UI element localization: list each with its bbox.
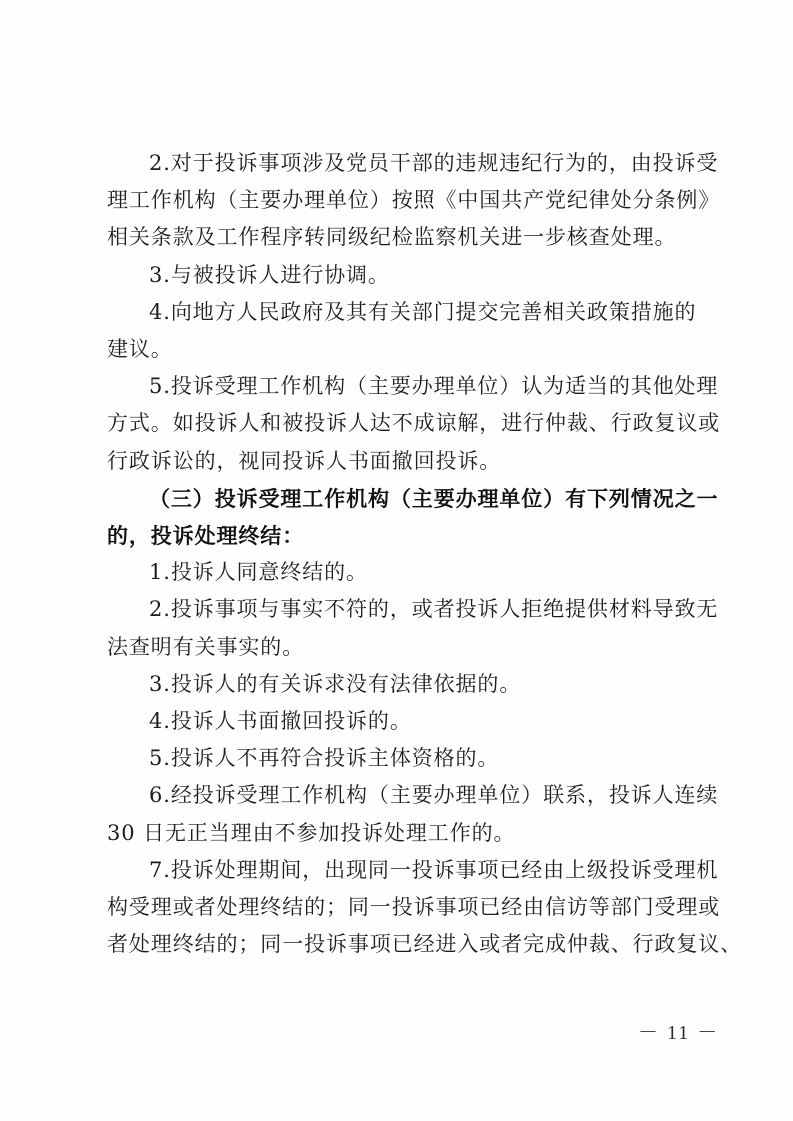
section-heading-3: （三）投诉受理工作机构（主要办理单位）有下列情况之一 的，投诉处理终结： (107, 480, 694, 554)
paragraph-item-5: 5.投诉受理工作机构（主要办理单位）认为适当的其他处理 方式。如投诉人和被投诉人… (107, 368, 694, 480)
paragraph-term-7: 7.投诉处理期间，出现同一投诉事项已经由上级投诉受理机 构受理或者处理终结的；同… (107, 852, 694, 964)
paragraph-item-4: 4.向地方人民政府及其有关部门提交完善相关政策措施的 建议。 (107, 294, 694, 368)
paragraph-term-3: 3.投诉人的有关诉求没有法律依据的。 (107, 666, 694, 703)
paragraph-item-3: 3.与被投诉人进行协调。 (107, 257, 694, 294)
paragraph-term-6: 6.经投诉受理工作机构（主要办理单位）联系，投诉人连续 30 日无正当理由不参加… (107, 777, 694, 851)
paragraph-term-1: 1.投诉人同意终结的。 (107, 554, 694, 591)
text-line: 相关条款及工作程序转同级纪检监察机关进一步核查处理。 (107, 219, 694, 256)
paragraph-term-4: 4.投诉人书面撤回投诉的。 (107, 703, 694, 740)
paragraph-term-5: 5.投诉人不再符合投诉主体资格的。 (107, 740, 694, 777)
text-line: 5.投诉人不再符合投诉主体资格的。 (107, 740, 694, 777)
text-line: 3.投诉人的有关诉求没有法律依据的。 (107, 666, 694, 703)
text-line: 6.经投诉受理工作机构（主要办理单位）联系，投诉人连续 (107, 777, 694, 814)
text-line: 4.投诉人书面撤回投诉的。 (107, 703, 694, 740)
page-number: － 11 － (638, 1016, 719, 1045)
text-line: 者处理终结的；同一投诉事项已经进入或者完成仲裁、行政复议、 (107, 926, 694, 963)
text-line: 7.投诉处理期间，出现同一投诉事项已经由上级投诉受理机 (107, 852, 694, 889)
text-line: 2.对于投诉事项涉及党员干部的违规违纪行为的，由投诉受 (107, 145, 694, 182)
heading-line: （三）投诉受理工作机构（主要办理单位）有下列情况之一 (107, 480, 694, 517)
text-line: 行政诉讼的，视同投诉人书面撤回投诉。 (107, 443, 694, 480)
text-line: 构受理或者处理终结的；同一投诉事项已经由信访等部门受理或 (107, 889, 694, 926)
text-line: 理工作机构（主要办理单位）按照《中国共产党纪律处分条例》 (107, 182, 694, 219)
body-text: 2.对于投诉事项涉及党员干部的违规违纪行为的，由投诉受 理工作机构（主要办理单位… (107, 145, 694, 963)
paragraph-term-2: 2.投诉事项与事实不符的，或者投诉人拒绝提供材料导致无 法查明有关事实的。 (107, 591, 694, 665)
text-line: 2.投诉事项与事实不符的，或者投诉人拒绝提供材料导致无 (107, 591, 694, 628)
text-line: 30 日无正当理由不参加投诉处理工作的。 (107, 815, 694, 852)
heading-line: 的，投诉处理终结： (107, 517, 694, 554)
text-line: 法查明有关事实的。 (107, 629, 694, 666)
text-line: 3.与被投诉人进行协调。 (107, 257, 694, 294)
document-page: 2.对于投诉事项涉及党员干部的违规违纪行为的，由投诉受 理工作机构（主要办理单位… (0, 0, 793, 1121)
paragraph-item-2: 2.对于投诉事项涉及党员干部的违规违纪行为的，由投诉受 理工作机构（主要办理单位… (107, 145, 694, 257)
text-line: 5.投诉受理工作机构（主要办理单位）认为适当的其他处理 (107, 368, 694, 405)
text-line: 建议。 (107, 331, 694, 368)
text-line: 4.向地方人民政府及其有关部门提交完善相关政策措施的 (107, 294, 694, 331)
text-line: 1.投诉人同意终结的。 (107, 554, 694, 591)
text-line: 方式。如投诉人和被投诉人达不成谅解，进行仲裁、行政复议或 (107, 405, 694, 442)
